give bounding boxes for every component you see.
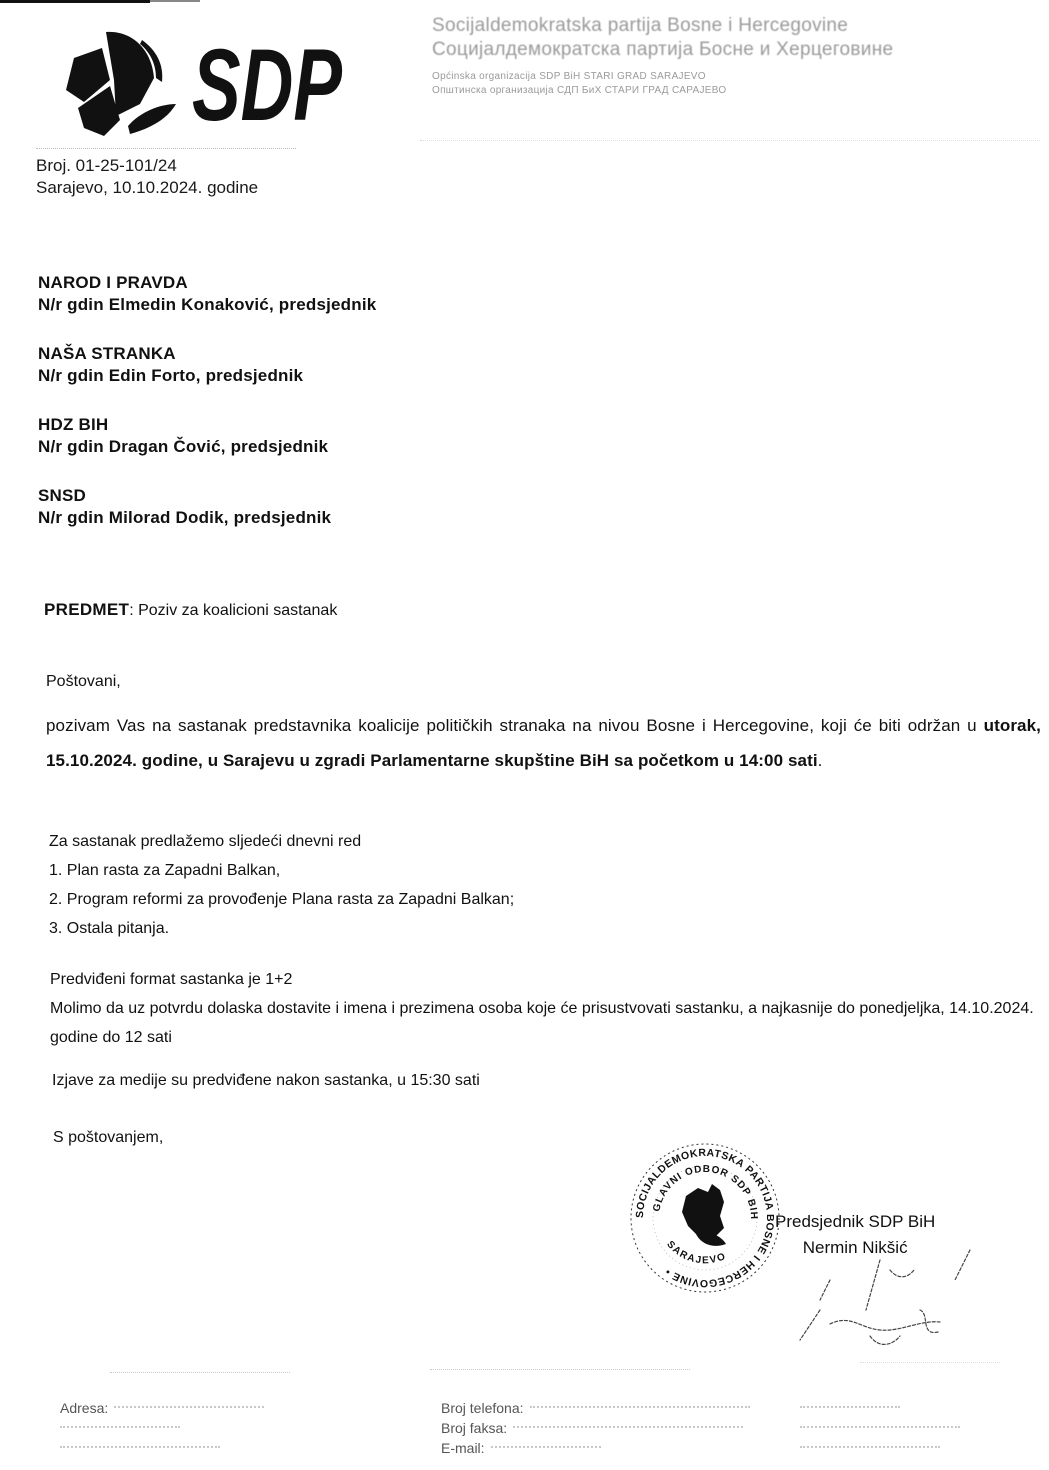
address-label: Adresa: — [60, 1398, 108, 1418]
sdp-rose-logo-icon: SDP — [44, 20, 344, 138]
recipient-party: HDZ BIH — [38, 414, 376, 436]
subject-text: Poziv za koalicioni sastanak — [138, 602, 337, 619]
recipient-party: SNSD — [38, 485, 376, 507]
phone-label: Broj telefona: — [441, 1398, 524, 1418]
header-divider — [36, 148, 296, 149]
footer-address: Adresa: — [60, 1398, 264, 1458]
illegible-address — [114, 1406, 264, 1410]
svg-text:SDP: SDP — [192, 28, 343, 138]
illegible-email — [491, 1446, 601, 1450]
scan-edge — [0, 0, 150, 3]
invitation-paragraph: pozivam Vas na sastanak predstavnika koa… — [46, 708, 1041, 778]
header-divider-right — [420, 140, 1040, 141]
subject-line: PREDMET: Poziv za koalicioni sastanak — [44, 600, 337, 620]
handwritten-signature — [770, 1240, 990, 1360]
meeting-format: Predviđeni format sastanka je 1+2 — [50, 965, 1040, 994]
subject-label: PREDMET — [44, 600, 129, 619]
reference-block: Broj. 01-25-101/24 Sarajevo, 10.10.2024.… — [36, 155, 258, 199]
illegible-phone — [530, 1406, 750, 1410]
document-number: Broj. 01-25-101/24 — [36, 155, 258, 177]
recipient-person: N/r gdin Dragan Čović, predsjednik — [38, 436, 376, 458]
recipient-party: NAŠA STRANKA — [38, 343, 376, 365]
illegible-fax — [513, 1426, 743, 1430]
agenda-block: Za sastanak predlažemo sljedeći dnevni r… — [49, 827, 514, 943]
agenda-intro: Za sastanak predlažemo sljedeći dnevni r… — [49, 827, 514, 856]
place-date: Sarajevo, 10.10.2024. godine — [36, 177, 258, 199]
recipient-person: N/r gdin Edin Forto, predsjednik — [38, 365, 376, 387]
recipient: HDZ BIH N/r gdin Dragan Čović, predsjedn… — [38, 414, 376, 458]
org-unit-cyrillic: Општинска организација СДП БиХ СТАРИ ГРА… — [432, 84, 1032, 98]
recipient-person: N/r gdin Milorad Dodik, predsjednik — [38, 507, 376, 529]
recipient-party: NAROD I PRAVDA — [38, 272, 376, 294]
footer-contact: Broj telefona: Broj faksa: E-mail: — [441, 1398, 750, 1458]
agenda-item: 2. Program reformi za provođenje Plana r… — [49, 885, 514, 914]
illegible-info-line — [800, 1426, 960, 1430]
org-name-latin: Socijaldemokratska partija Bosne i Herce… — [432, 14, 1032, 38]
illegible-address-line — [60, 1446, 220, 1450]
sdp-logo: SDP — [44, 20, 344, 138]
confirmation-request: Molimo da uz potvrdu dolaska dostavite i… — [50, 994, 1040, 1052]
invitation-text: pozivam Vas na sastanak predstavnika koa… — [46, 716, 984, 735]
footer-right-info — [800, 1398, 960, 1458]
footer-divider-mid — [430, 1369, 690, 1370]
org-unit-latin: Općinska organizacija SDP BiH STARI GRAD… — [432, 70, 1032, 84]
format-block: Predviđeni format sastanka je 1+2 Molimo… — [50, 965, 1040, 1052]
signature-scribble-icon — [770, 1240, 990, 1360]
illegible-info-line — [800, 1406, 900, 1410]
org-name-cyrillic: Социјалдемократска партија Босне и Херце… — [432, 38, 1032, 62]
illegible-address-line — [60, 1426, 180, 1430]
agenda-item: 1. Plan rasta za Zapadni Balkan, — [49, 856, 514, 885]
recipient-person: N/r gdin Elmedin Konaković, predsjednik — [38, 294, 376, 316]
fax-label: Broj faksa: — [441, 1418, 507, 1438]
stamp-seal-icon: SOCIJALDEMOKRATSKA PARTIJA BOSNE I HERCE… — [620, 1140, 790, 1295]
recipient: SNSD N/r gdin Milorad Dodik, predsjednik — [38, 485, 376, 529]
organization-header: Socijaldemokratska partija Bosne i Herce… — [432, 14, 1032, 98]
recipients-list: NAROD I PRAVDA N/r gdin Elmedin Konakovi… — [38, 272, 376, 556]
agenda-item: 3. Ostala pitanja. — [49, 914, 514, 943]
email-label: E-mail: — [441, 1438, 485, 1458]
subject-colon: : — [129, 602, 138, 619]
footer-divider-left — [110, 1372, 290, 1373]
illegible-info-line — [800, 1446, 940, 1450]
invitation-period: . — [818, 751, 823, 770]
salutation: Poštovani, — [46, 673, 121, 691]
media-statement: Izjave za medije su predviđene nakon sas… — [52, 1072, 480, 1090]
recipient: NAROD I PRAVDA N/r gdin Elmedin Konakovi… — [38, 272, 376, 316]
signatory-title: Predsjednik SDP BiH — [775, 1209, 935, 1235]
official-stamp: SOCIJALDEMOKRATSKA PARTIJA BOSNE I HERCE… — [620, 1140, 790, 1295]
footer-divider-right — [860, 1362, 1000, 1363]
recipient: NAŠA STRANKA N/r gdin Edin Forto, predsj… — [38, 343, 376, 387]
closing: S poštovanjem, — [53, 1129, 163, 1147]
